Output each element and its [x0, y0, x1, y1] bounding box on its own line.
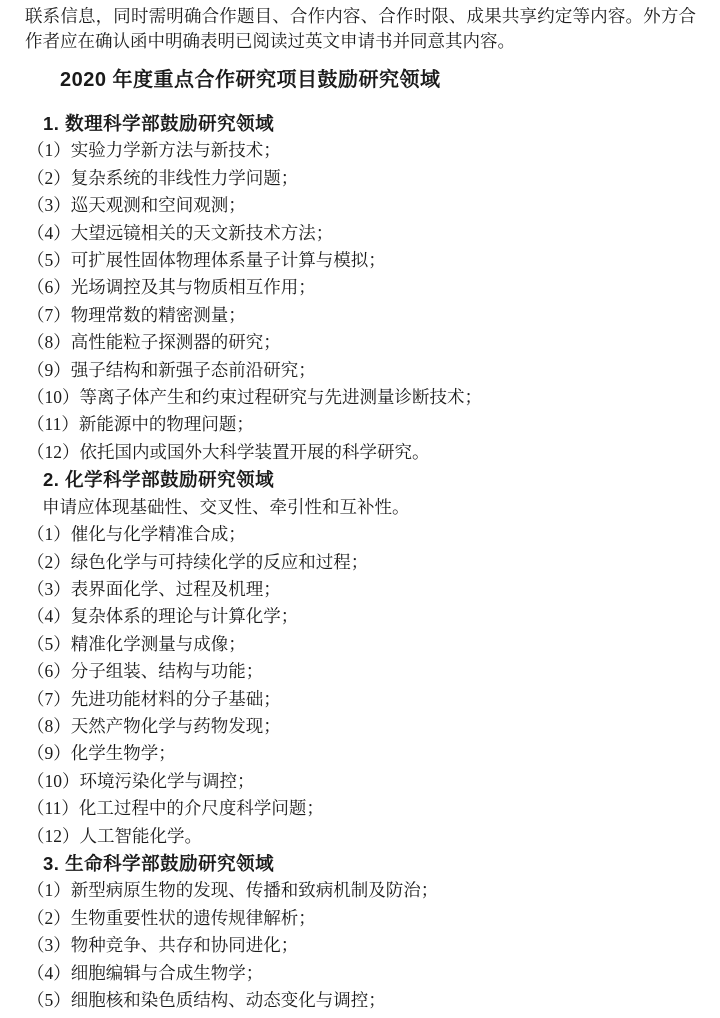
section-heading: 3. 生命科学部鼓励研究领域 — [43, 850, 696, 877]
list-item: （3）巡天观测和空间观测； — [27, 192, 696, 219]
intro-line: 联系信息，同时需明确合作题目、合作内容、合作时限、成果共享约定等内容。外方合 — [25, 4, 696, 29]
section-math-physics: 1. 数理科学部鼓励研究领域 （1）实验力学新方法与新技术； （2）复杂系统的非… — [25, 110, 696, 466]
section-chemistry: 2. 化学科学部鼓励研究领域 申请应体现基础性、交叉性、牵引性和互补性。 （1）… — [25, 466, 696, 850]
section-heading: 1. 数理科学部鼓励研究领域 — [43, 110, 696, 137]
list-item: （5）细胞核和染色质结构、动态变化与调控； — [27, 987, 696, 1014]
list-item: （6）分子组装、结构与功能； — [27, 658, 696, 685]
list-item: （4）细胞编辑与合成生物学； — [27, 960, 696, 987]
list-item: （7）先进功能材料的分子基础； — [27, 686, 696, 713]
list-item: （11）化工过程中的介尺度科学问题； — [27, 795, 696, 822]
list-item: （6）光场调控及其与物质相互作用； — [27, 274, 696, 301]
list-item: （2）复杂系统的非线性力学问题； — [27, 165, 696, 192]
list-item: （3）表界面化学、过程及机理； — [27, 576, 696, 603]
list-item: （2）绿色化学与可持续化学的反应和过程； — [27, 549, 696, 576]
list-item: （9）强子结构和新强子态前沿研究； — [27, 357, 696, 384]
section-note: 申请应体现基础性、交叉性、牵引性和互补性。 — [42, 494, 696, 521]
list-item: （3）物种竞争、共存和协同进化； — [27, 932, 696, 959]
list-item: （12）依托国内或国外大科学装置开展的科学研究。 — [27, 439, 696, 466]
intro-paragraph: 联系信息，同时需明确合作题目、合作内容、合作时限、成果共享约定等内容。外方合 作… — [25, 0, 696, 53]
document-body: 1. 数理科学部鼓励研究领域 （1）实验力学新方法与新技术； （2）复杂系统的非… — [25, 110, 696, 1014]
list-item: （7）物理常数的精密测量； — [27, 302, 696, 329]
list-item: （1）实验力学新方法与新技术； — [27, 137, 696, 164]
document-page: 联系信息，同时需明确合作题目、合作内容、合作时限、成果共享约定等内容。外方合 作… — [0, 0, 720, 1018]
list-item: （8）高性能粒子探测器的研究； — [27, 329, 696, 356]
list-item: （4）复杂体系的理论与计算化学； — [27, 603, 696, 630]
list-item: （1）催化与化学精准合成； — [27, 521, 696, 548]
list-item: （10）环境污染化学与调控； — [27, 768, 696, 795]
list-item: （5）可扩展性固体物理体系量子计算与模拟； — [27, 247, 696, 274]
list-item: （10）等离子体产生和约束过程研究与先进测量诊断技术； — [27, 384, 696, 411]
list-item: （2）生物重要性状的遗传规律解析； — [27, 905, 696, 932]
list-item: （5）精准化学测量与成像； — [27, 631, 696, 658]
section-heading: 2. 化学科学部鼓励研究领域 — [43, 466, 696, 493]
list-item: （4）大望远镜相关的天文新技术方法； — [27, 220, 696, 247]
list-item: （11）新能源中的物理问题； — [27, 411, 696, 438]
section-life-science: 3. 生命科学部鼓励研究领域 （1）新型病原生物的发现、传播和致病机制及防治； … — [25, 850, 696, 1014]
list-item: （12）人工智能化学。 — [27, 823, 696, 850]
list-item: （1）新型病原生物的发现、传播和致病机制及防治； — [27, 877, 696, 904]
intro-line: 作者应在确认函中明确表明已阅读过英文申请书并同意其内容。 — [25, 29, 696, 54]
list-item: （8）天然产物化学与药物发现； — [27, 713, 696, 740]
list-item: （9）化学生物学； — [27, 740, 696, 767]
page-title: 2020 年度重点合作研究项目鼓励研究领域 — [60, 67, 696, 93]
